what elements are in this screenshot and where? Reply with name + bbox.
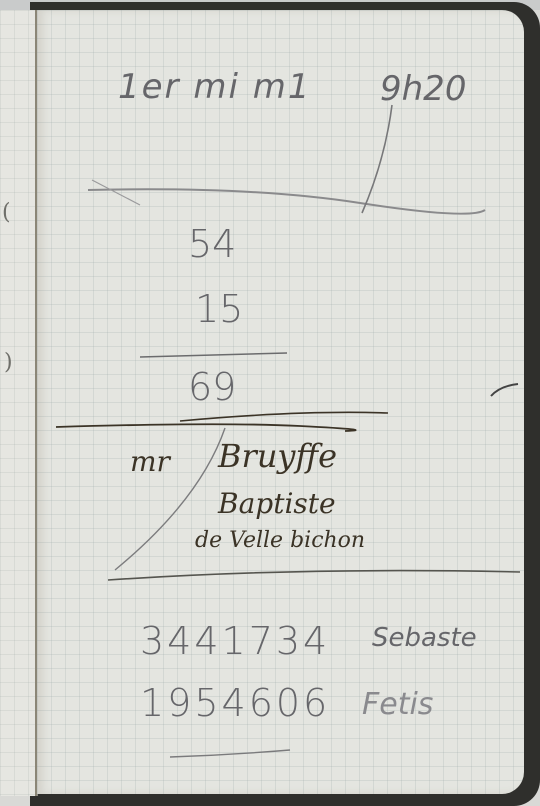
number-2-note: Fetis xyxy=(362,690,433,720)
header-time: 9h20 xyxy=(380,72,466,106)
number-1-note: Sebaste xyxy=(372,625,477,651)
number-2: 1954606 xyxy=(140,684,330,722)
page-gutter xyxy=(35,10,37,796)
number-1: 3441734 xyxy=(140,622,330,660)
sum-total: 69 xyxy=(188,368,236,406)
left-page-mark: ( xyxy=(2,200,11,225)
left-page-mark: ) xyxy=(4,350,13,375)
name-prefix: mr xyxy=(130,448,170,476)
header-text: 1er mi m1 xyxy=(118,70,311,104)
name-line-2: Baptiste xyxy=(218,490,336,518)
sum-addend-2: 15 xyxy=(195,290,243,328)
notebook-page xyxy=(37,10,524,794)
name-line-3: de Velle bichon xyxy=(195,530,365,552)
sum-addend-1: 54 xyxy=(188,225,236,263)
name-line-1: Bruyffe xyxy=(218,440,337,472)
left-page-edge: ( ) xyxy=(0,10,38,796)
